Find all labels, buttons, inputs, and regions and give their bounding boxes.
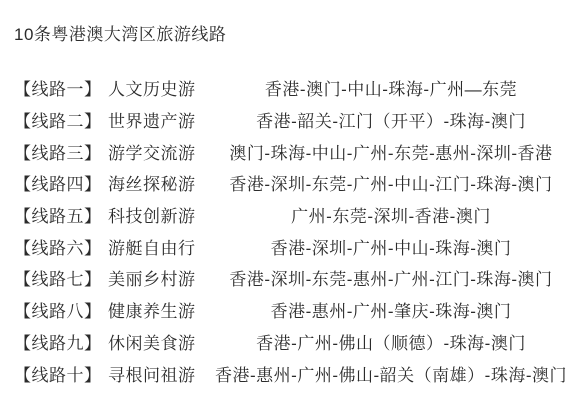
route-tag: 【线路二】 [14, 107, 98, 132]
route-itinerary: 香港-广州-佛山（顺德）-珠海-澳门 [208, 329, 588, 354]
page-title: 10条粤港澳大湾区旅游线路 [14, 24, 588, 45]
route-name: 游艇自由行 [108, 234, 208, 259]
route-tag: 【线路一】 [14, 75, 98, 100]
route-itinerary: 香港-惠州-广州-肇庆-珠海-澳门 [208, 297, 588, 322]
route-itinerary: 香港-深圳-东莞-惠州-广州-江门-珠海-澳门 [208, 265, 588, 290]
route-row: 【线路三】 游学交流游 澳门-珠海-中山-广州-东莞-惠州-深圳-香港 [14, 135, 588, 167]
route-tag: 【线路五】 [14, 202, 98, 227]
route-name: 美丽乡村游 [108, 265, 208, 290]
route-row: 【线路六】 游艇自由行 香港-深圳-广州-中山-珠海-澳门 [14, 230, 588, 262]
route-row: 【线路一】 人文历史游 香港-澳门-中山-珠海-广州—东莞 [14, 72, 588, 104]
route-tag: 【线路十】 [14, 361, 98, 386]
route-list: 【线路一】 人文历史游 香港-澳门-中山-珠海-广州—东莞 【线路二】 世界遗产… [14, 72, 588, 389]
route-name: 海丝探秘游 [108, 170, 208, 195]
route-tag: 【线路九】 [14, 329, 98, 354]
document: 10条粤港澳大湾区旅游线路 【线路一】 人文历史游 香港-澳门-中山-珠海-广州… [0, 0, 588, 406]
route-tag: 【线路三】 [14, 139, 98, 164]
route-row: 【线路九】 休闲美食游 香港-广州-佛山（顺德）-珠海-澳门 [14, 326, 588, 358]
route-name: 寻根问祖游 [108, 361, 208, 386]
route-name: 游学交流游 [108, 139, 208, 164]
route-name: 科技创新游 [108, 202, 208, 227]
route-itinerary: 香港-惠州-广州-佛山-韶关（南雄）-珠海-澳门 [208, 361, 588, 386]
route-name: 休闲美食游 [108, 329, 208, 354]
route-itinerary: 香港-深圳-广州-中山-珠海-澳门 [208, 234, 588, 259]
route-itinerary: 香港-深圳-东莞-广州-中山-江门-珠海-澳门 [208, 170, 588, 195]
route-tag: 【线路七】 [14, 265, 98, 290]
route-itinerary: 香港-澳门-中山-珠海-广州—东莞 [208, 75, 588, 100]
route-tag: 【线路四】 [14, 170, 98, 195]
route-name: 世界遗产游 [108, 107, 208, 132]
route-row: 【线路五】 科技创新游 广州-东莞-深圳-香港-澳门 [14, 199, 588, 231]
route-itinerary: 广州-东莞-深圳-香港-澳门 [208, 202, 588, 227]
route-itinerary: 澳门-珠海-中山-广州-东莞-惠州-深圳-香港 [208, 139, 588, 164]
route-row: 【线路二】 世界遗产游 香港-韶关-江门（开平）-珠海-澳门 [14, 104, 588, 136]
route-tag: 【线路八】 [14, 297, 98, 322]
route-row: 【线路八】 健康养生游 香港-惠州-广州-肇庆-珠海-澳门 [14, 294, 588, 326]
route-tag: 【线路六】 [14, 234, 98, 259]
route-row: 【线路十】 寻根问祖游 香港-惠州-广州-佛山-韶关（南雄）-珠海-澳门 [14, 357, 588, 389]
route-name: 健康养生游 [108, 297, 208, 322]
route-row: 【线路七】 美丽乡村游 香港-深圳-东莞-惠州-广州-江门-珠海-澳门 [14, 262, 588, 294]
route-itinerary: 香港-韶关-江门（开平）-珠海-澳门 [208, 107, 588, 132]
route-name: 人文历史游 [108, 75, 208, 100]
route-row: 【线路四】 海丝探秘游 香港-深圳-东莞-广州-中山-江门-珠海-澳门 [14, 167, 588, 199]
